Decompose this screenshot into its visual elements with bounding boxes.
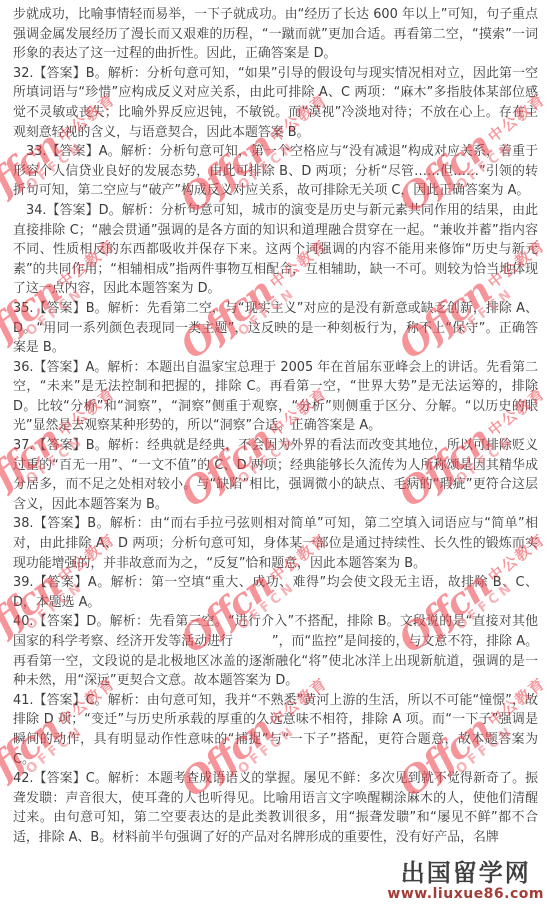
answer-paragraph-37: 37.【答案】B。解析：经典就是经典，不会因为外界的看法而改变其地位，所以可排除… xyxy=(13,436,538,514)
answer-paragraph-40: 40.【答案】D。解析：先看第三空。“进行介入”不搭配，排除 B。文段说的是“直… xyxy=(13,612,538,690)
liuxue86-logo: 出国留学网 www.liuxue86.com xyxy=(381,861,544,902)
scanned-answer-page: 步就成功，比喻事情轻而易举，一下子就成功。由“经历了长达 600 年以上”可知，… xyxy=(0,0,550,906)
answer-paragraph-36: 36.【答案】A。解析：本题出自温家宝总理于 2005 年在首届东亚峰会上的讲话… xyxy=(13,358,538,436)
liuxue86-site-name: 出国留学网 xyxy=(387,861,544,886)
paragraph-31-continuation: 步就成功，比喻事情轻而易举，一下子就成功。由“经历了长达 600 年以上”可知，… xyxy=(13,5,538,64)
answer-paragraph-42: 42.【答案】C。解析：本题考查成语语义的掌握。屡见不鲜：多次见到就不觉得新奇了… xyxy=(13,769,538,847)
answer-explanations: 步就成功，比喻事情轻而易举，一下子就成功。由“经历了长达 600 年以上”可知，… xyxy=(13,5,538,848)
answer-paragraph-39: 39.【答案】A。解析：第一空填“重大、成功、难得”均会使文段无主语，故排除 B… xyxy=(13,573,538,612)
answer-paragraph-38: 38.【答案】B。解析：由“而右手拉弓弦则相对简单”可知，第二空填入词语应与“简… xyxy=(13,514,538,573)
answer-paragraph-32: 32.【答案】B。解析：分析句意可知，“如果”引导的假设句与现实情况相对立，因此… xyxy=(13,64,538,142)
answer-paragraph-33: 33.【答案】A。解析：分析句意可知，第一个空格应与“没有减退”构成对应关系，着… xyxy=(13,142,538,201)
answer-paragraph-35: 35.【答案】B。解析：先看第二空，与“现实主义”对应的是没有新意或缺乏创新，排… xyxy=(13,299,538,358)
liuxue86-site-url: www.liuxue86.com xyxy=(387,887,544,902)
answer-paragraph-34: 34.【答案】D。解析：分析句意可知，城市的演变是历史与新元素共同作用的结果，由… xyxy=(13,201,538,299)
answer-paragraph-41: 41.【答案】C。解析：由句意可知，我并“不熟悉”黄河上游的生活，所以不可能“憧… xyxy=(13,691,538,769)
